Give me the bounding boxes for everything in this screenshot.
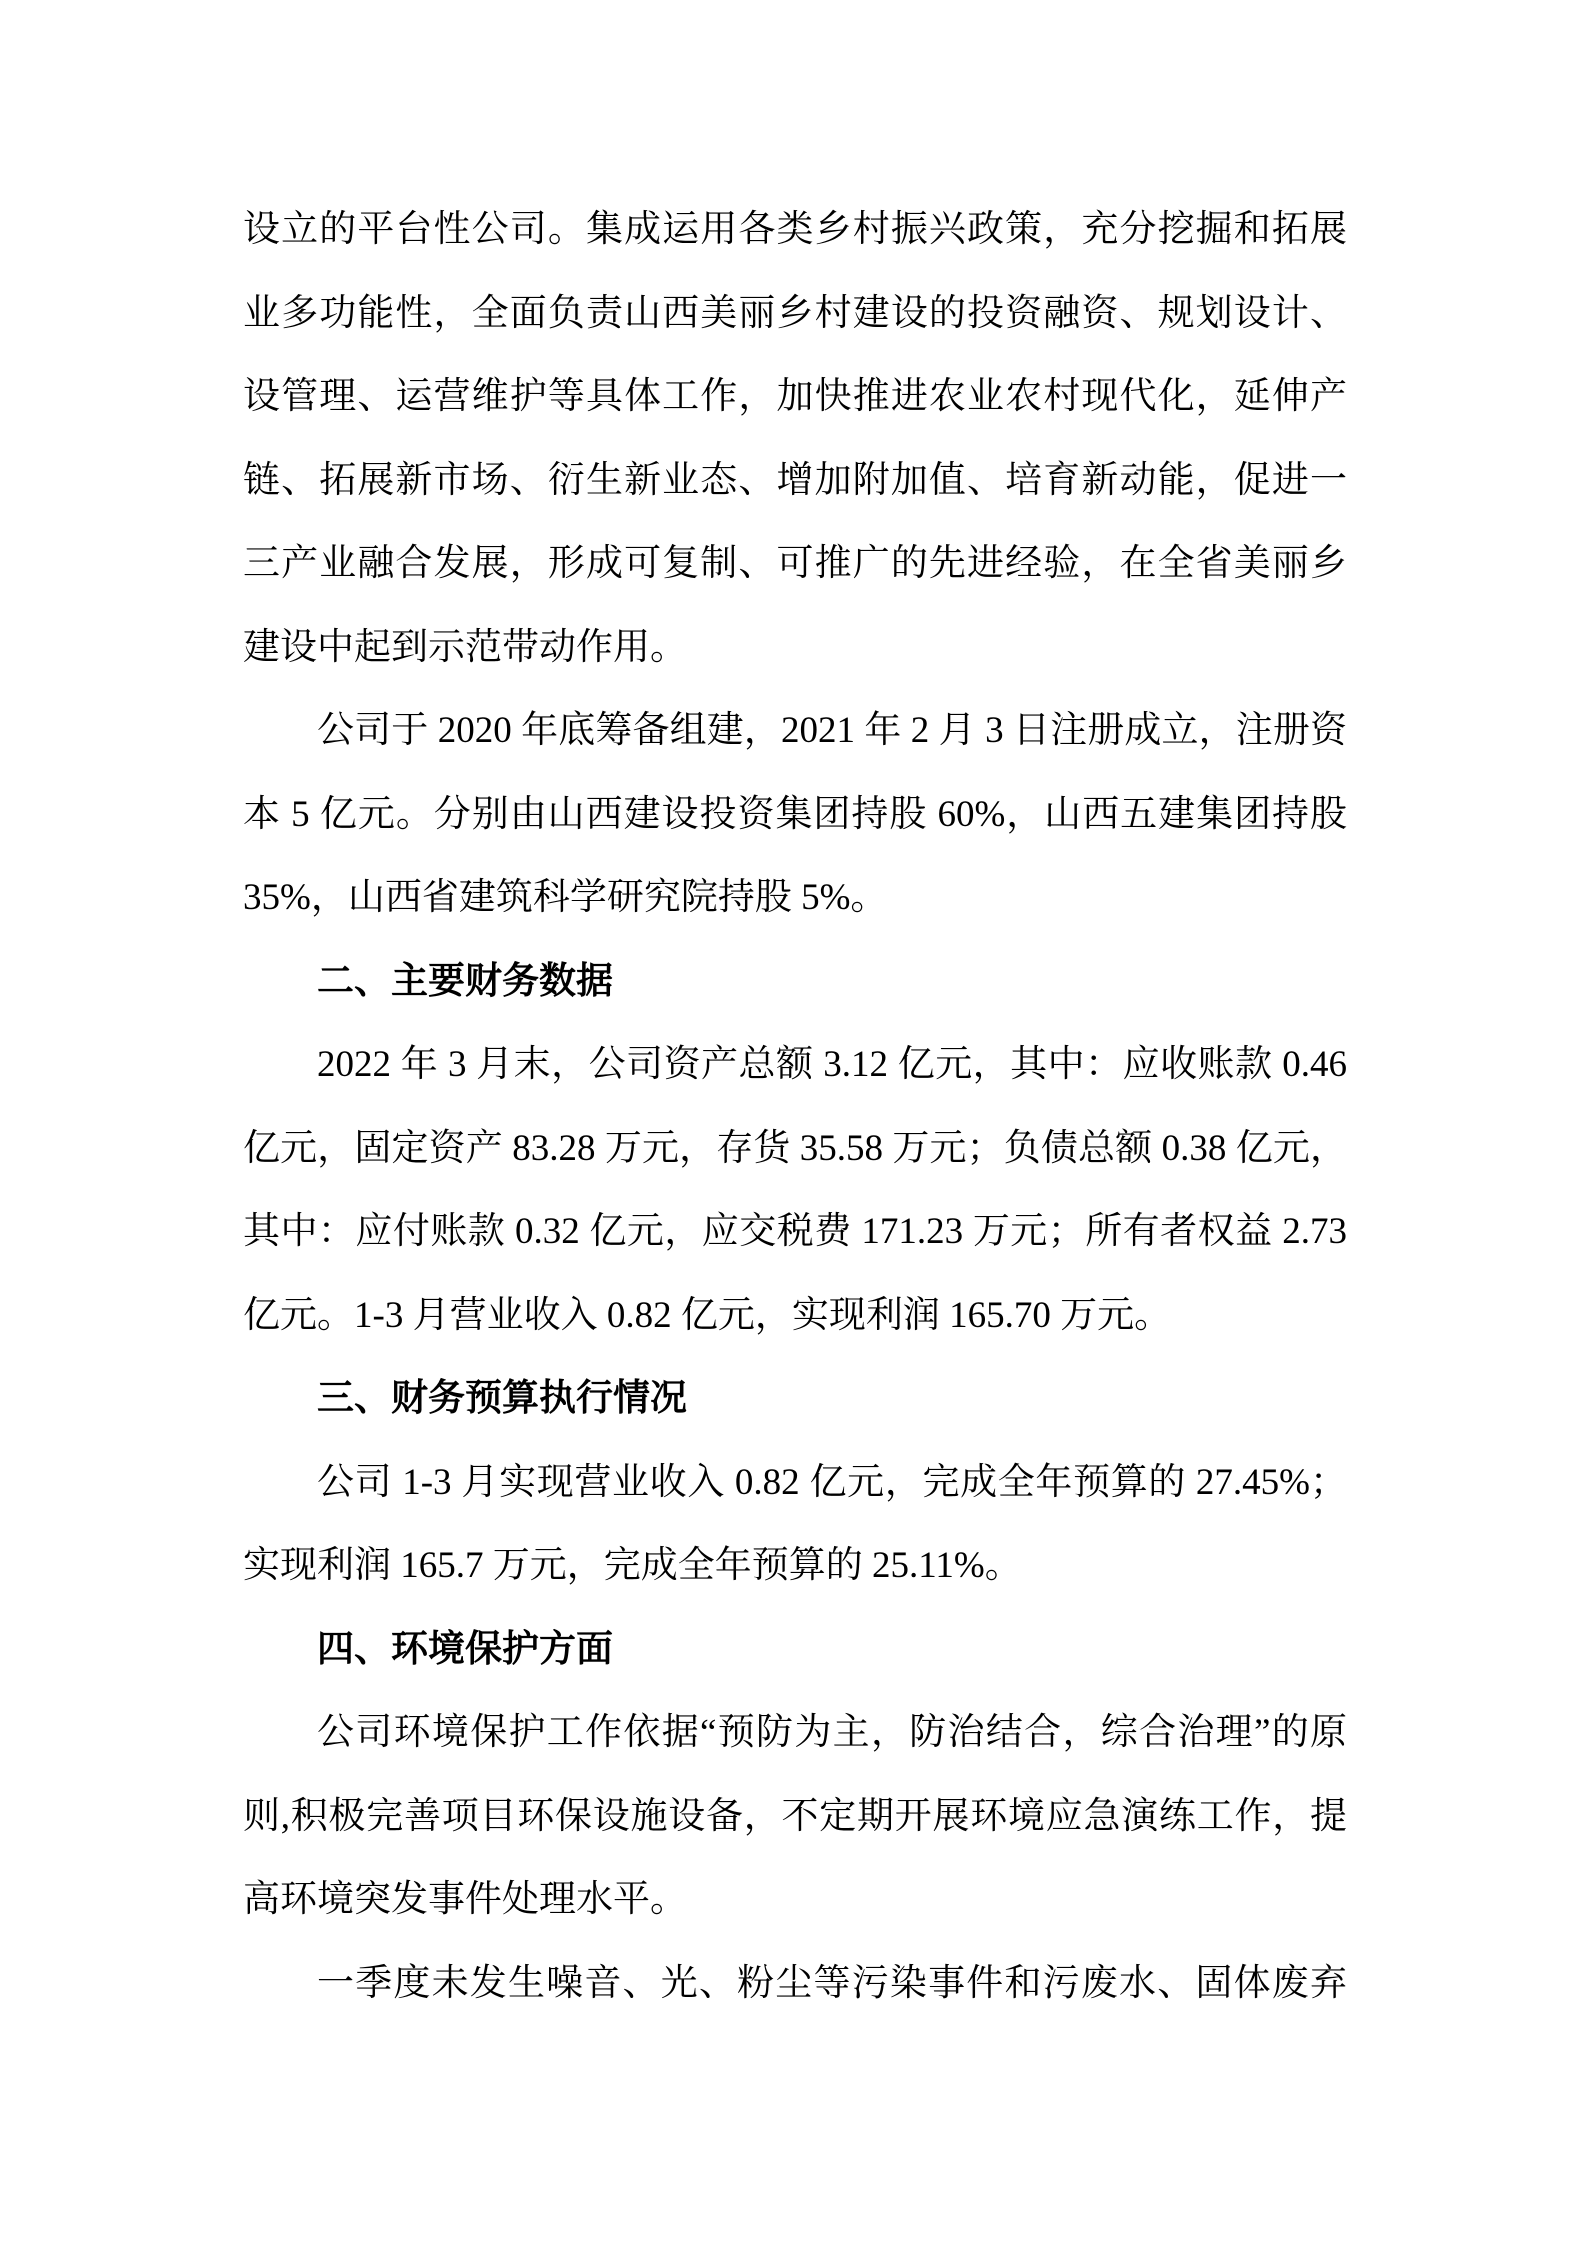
document-text-column: 设立的平台性公司。集成运用各类乡村振兴政策，充分挖掘和拓展农 业多功能性，全面负… <box>243 188 1347 2025</box>
text-line: 公司于 2020 年底筹备组建，2021 年 2 月 3 日注册成立，注册资 <box>243 689 1347 773</box>
text-line: 一季度未发生噪音、光、粉尘等污染事件和污废水、固体废弃物 <box>243 1942 1347 2026</box>
section-heading: 二、主要财务数据 <box>243 940 1347 1024</box>
section-heading: 三、财务预算执行情况 <box>243 1357 1347 1441</box>
document-page: 设立的平台性公司。集成运用各类乡村振兴政策，充分挖掘和拓展农 业多功能性，全面负… <box>0 0 1587 2245</box>
text-line: 2022 年 3 月末，公司资产总额 3.12 亿元，其中：应收账款 0.46 <box>243 1023 1347 1107</box>
text-line: 35%，山西省建筑科学研究院持股 5%。 <box>243 856 1347 940</box>
text-line: 建设中起到示范带动作用。 <box>243 606 1347 690</box>
text-line: 链、拓展新市场、衍生新业态、增加附加值、培育新动能，促进一二 <box>243 439 1347 523</box>
text-line: 设管理、运营维护等具体工作，加快推进农业农村现代化，延伸产业 <box>243 355 1347 439</box>
text-line: 本 5 亿元。分别由山西建设投资集团持股 60%，山西五建集团持股 <box>243 773 1347 857</box>
text-line: 实现利润 165.7 万元，完成全年预算的 25.11%。 <box>243 1524 1347 1608</box>
section-heading: 四、环境保护方面 <box>243 1608 1347 1692</box>
text-line: 公司环境保护工作依据“预防为主，防治结合，综合治理”的原 <box>243 1691 1347 1775</box>
text-line: 高环境突发事件处理水平。 <box>243 1858 1347 1942</box>
text-line: 其中：应付账款 0.32 亿元，应交税费 171.23 万元；所有者权益 2.7… <box>243 1190 1347 1274</box>
text-line: 亿元，固定资产 83.28 万元，存货 35.58 万元；负债总额 0.38 亿… <box>243 1107 1347 1191</box>
text-line: 亿元。1-3 月营业收入 0.82 亿元，实现利润 165.70 万元。 <box>243 1274 1347 1358</box>
text-line: 三产业融合发展，形成可复制、可推广的先进经验，在全省美丽乡村 <box>243 522 1347 606</box>
text-line: 公司 1-3 月实现营业收入 0.82 亿元，完成全年预算的 27.45%； <box>243 1441 1347 1525</box>
text-line: 则,积极完善项目环保设施设备，不定期开展环境应急演练工作，提 <box>243 1775 1347 1859</box>
text-line: 业多功能性，全面负责山西美丽乡村建设的投资融资、规划设计、建 <box>243 272 1347 356</box>
text-line: 设立的平台性公司。集成运用各类乡村振兴政策，充分挖掘和拓展农 <box>243 188 1347 272</box>
